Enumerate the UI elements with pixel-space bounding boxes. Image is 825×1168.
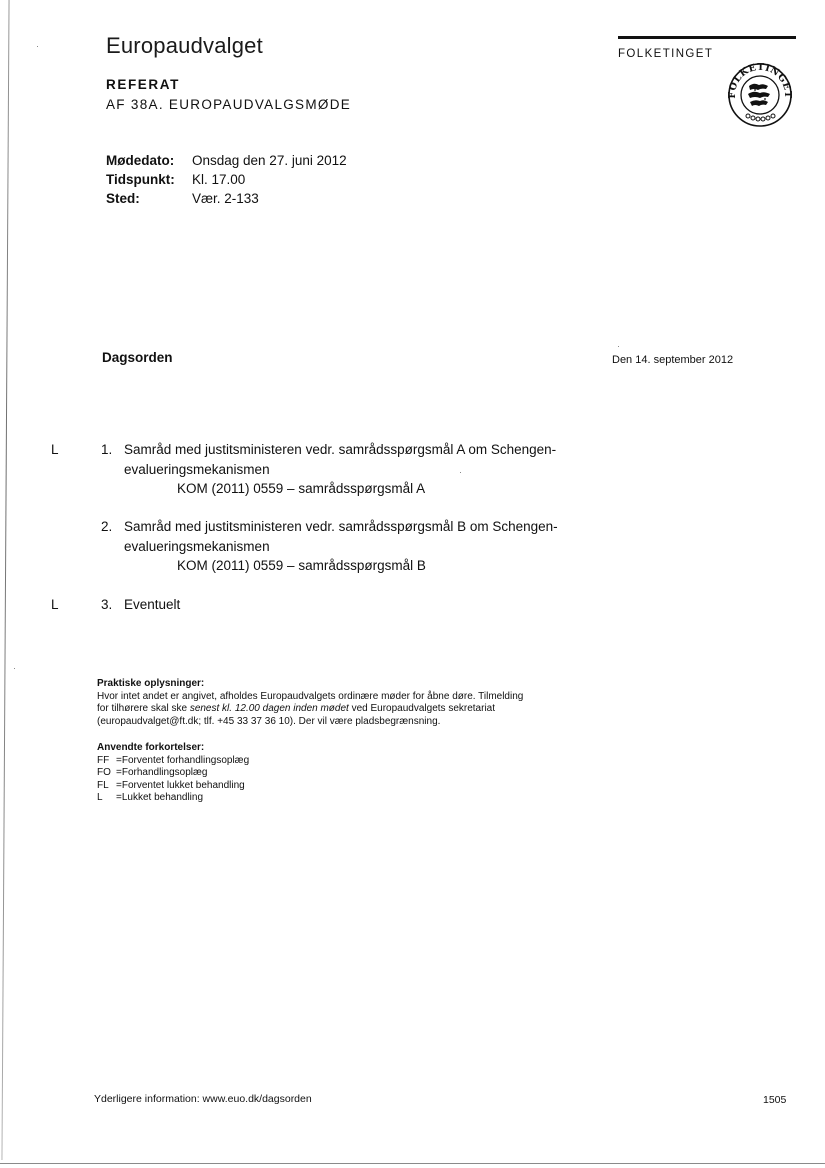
agenda-flag: L (51, 595, 65, 615)
agenda-number: 3. (101, 595, 123, 615)
agenda-text: Samråd med justitsministeren vedr. samrå… (124, 440, 594, 479)
scan-page-edge-bottom (0, 1163, 825, 1164)
agenda-text-line: evalueringsmekanismen (124, 537, 594, 557)
abbreviations: Anvendte forkortelser: FF =Forventet for… (97, 742, 249, 805)
meta-value: Onsdag den 27. juni 2012 (192, 151, 347, 170)
brand-rule (618, 36, 796, 39)
abbreviation-row: L =Lukket behandling (97, 792, 249, 805)
brand-name: FOLKETINGET (618, 48, 713, 60)
agenda-text: Eventuelt (124, 595, 594, 615)
footer-info: Yderligere information: www.euo.dk/dagso… (94, 1093, 312, 1105)
agenda-text-line: Samråd med justitsministeren vedr. samrå… (124, 440, 594, 460)
meta-label: Sted: (106, 189, 192, 208)
committee-title: Europaudvalget (106, 33, 263, 59)
meta-label: Tidspunkt: (106, 170, 192, 189)
abbreviation-meaning: =Forhandlingsoplæg (116, 767, 207, 780)
agenda-number: 1. (101, 440, 123, 460)
scan-speck (618, 346, 619, 347)
agenda-text-line: evalueringsmekanismen (124, 460, 594, 480)
meeting-number: AF 38A. EUROPAUDVALGSMØDE (106, 97, 351, 112)
abbreviation-meaning: =Forventet lukket behandling (116, 780, 245, 793)
meta-row-location: Sted: Vær. 2-133 (106, 189, 347, 208)
folketinget-seal-icon: FOLKETINGET (727, 62, 793, 128)
abbreviation-row: FL =Forventet lukket behandling (97, 780, 249, 793)
scan-speck (14, 668, 15, 669)
agenda-text-line: Samråd med justitsministeren vedr. samrå… (124, 517, 594, 537)
abbreviation-code: FO (97, 767, 116, 780)
document-type: REFERAT (106, 77, 180, 92)
abbreviation-meaning: =Forventet forhandlingsoplæg (116, 755, 249, 768)
abbreviation-row: FO =Forhandlingsoplæg (97, 767, 249, 780)
meta-value: Vær. 2-133 (192, 189, 259, 208)
practical-info-line: Hvor intet andet er angivet, afholdes Eu… (97, 691, 607, 704)
practical-info: Praktiske oplysninger: Hvor intet andet … (97, 678, 607, 728)
agenda-heading: Dagsorden (102, 350, 173, 365)
scan-speck (460, 472, 461, 473)
scan-page-edge-left (1, 0, 9, 1160)
practical-info-title: Praktiske oplysninger: (97, 678, 607, 691)
meta-label: Mødedato: (106, 151, 192, 170)
practical-info-line: for tilhørere skal ske senest kl. 12.00 … (97, 703, 607, 716)
abbreviation-code: FF (97, 755, 116, 768)
abbreviation-meaning: =Lukket behandling (116, 792, 203, 805)
agenda-text-line: Eventuelt (124, 595, 594, 615)
abbreviation-code: L (97, 792, 116, 805)
meta-row-time: Tidspunkt: Kl. 17.00 (106, 170, 347, 189)
practical-info-text: for tilhørere skal ske (97, 703, 190, 714)
abbreviations-title: Anvendte forkortelser: (97, 742, 249, 755)
abbreviation-code: FL (97, 780, 116, 793)
scan-speck (37, 46, 38, 47)
meta-row-date: Mødedato: Onsdag den 27. juni 2012 (106, 151, 347, 170)
agenda-flag: L (51, 440, 65, 460)
agenda-text: Samråd med justitsministeren vedr. samrå… (124, 517, 594, 556)
meta-value: Kl. 17.00 (192, 170, 245, 189)
practical-info-line: (europaudvalget@ft.dk; tlf. +45 33 37 36… (97, 716, 607, 729)
agenda-reference: KOM (2011) 0559 – samrådsspørgsmål A (177, 479, 577, 499)
practical-info-text: ved Europaudvalgets sekretariat (349, 703, 495, 714)
agenda-reference: KOM (2011) 0559 – samrådsspørgsmål B (177, 556, 577, 576)
abbreviation-row: FF =Forventet forhandlingsoplæg (97, 755, 249, 768)
meeting-meta: Mødedato: Onsdag den 27. juni 2012 Tidsp… (106, 151, 347, 208)
agenda-number: 2. (101, 517, 123, 537)
issue-date: Den 14. september 2012 (612, 354, 733, 366)
page-number: 1505 (763, 1094, 786, 1106)
practical-info-deadline: senest kl. 12.00 dagen inden mødet (190, 703, 349, 714)
